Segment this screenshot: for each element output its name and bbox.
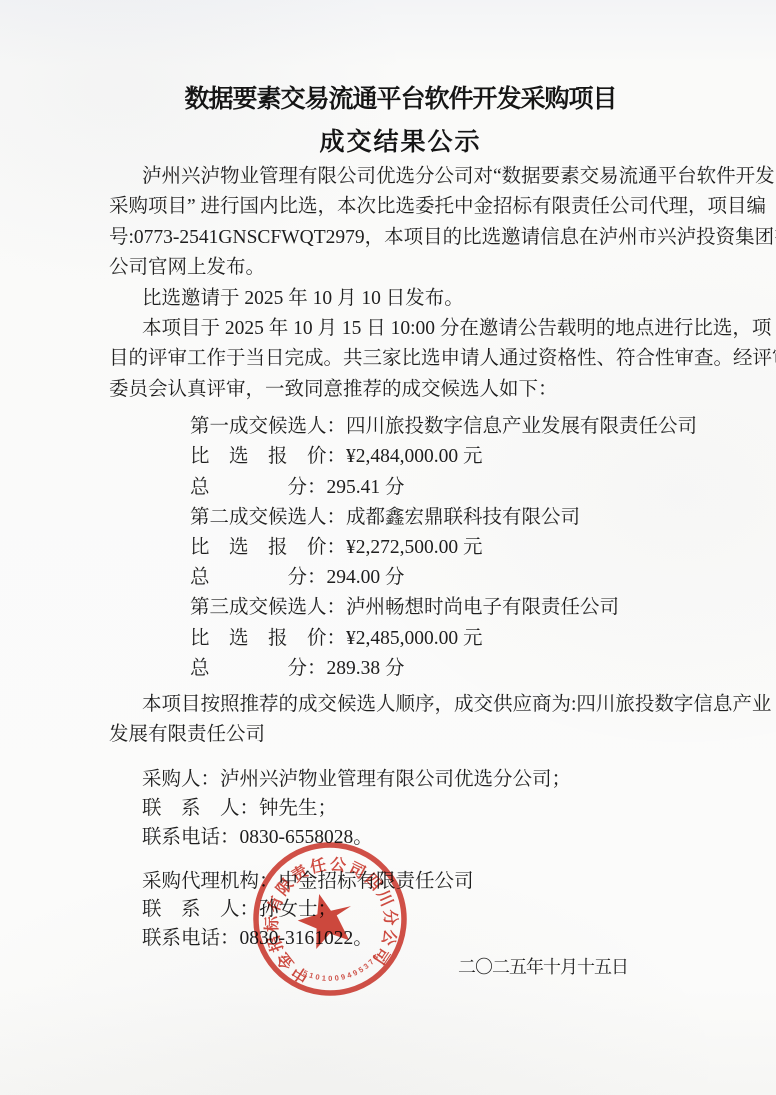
review-paragraph: 本项目于 2025 年 10 月 15 日 10:00 分在邀请公告载明的地点进… xyxy=(109,314,692,405)
award-result-line: 发展有限责任公司 xyxy=(109,720,692,750)
seal-serial-number: 5101009495374 xyxy=(300,948,386,991)
candidate-2-score: 总 分：294.00 分 xyxy=(190,563,692,593)
seal-star-icon xyxy=(293,887,360,952)
candidate-3-name: 第三成交候选人：泸州畅想时尚电子有限责任公司 xyxy=(190,593,692,623)
candidate-1-price: 比 选 报 价：¥2,484,000.00 元 xyxy=(190,442,692,472)
svg-text:5101009495374: 5101009495374 xyxy=(300,948,386,991)
candidate-2-name: 第二成交候选人：成都鑫宏鼎联科技有限公司 xyxy=(190,503,692,533)
award-result-line: 本项目按照推荐的成交候选人顺序，成交供应商为:四川旅投数字信息产业 xyxy=(109,690,692,720)
company-seal-stamp: 中金招标有限责任公司四川分公司 5101009495374 xyxy=(240,829,420,1009)
review-line: 目的评审工作于当日完成。共三家比选申请人通过资格性、符合性审查。经评审 xyxy=(109,344,692,374)
invite-paragraph: 比选邀请于 2025 年 10 月 10 日发布。 xyxy=(109,284,692,314)
candidate-1-score: 总 分：295.41 分 xyxy=(190,473,692,503)
review-line: 委员会认真评审，一致同意推荐的成交候选人如下： xyxy=(109,375,692,405)
intro-line: 号:0773-2541GNSCFWQT2979，本项目的比选邀请信息在泸州市兴泸… xyxy=(109,223,692,253)
document-subtitle: 成交结果公示 xyxy=(109,126,692,158)
scanned-document-page: 数据要素交易流通平台软件开发采购项目 成交结果公示 泸州兴泸物业管理有限公司优选… xyxy=(0,0,776,1095)
candidate-list: 第一成交候选人：四川旅投数字信息产业发展有限责任公司 比 选 报 价：¥2,48… xyxy=(190,412,692,684)
invite-line: 比选邀请于 2025 年 10 月 10 日发布。 xyxy=(109,284,692,314)
candidate-2-price: 比 选 报 价：¥2,272,500.00 元 xyxy=(190,533,692,563)
intro-line: 泸州兴泸物业管理有限公司优选分公司对“数据要素交易流通平台软件开发 xyxy=(109,162,692,192)
intro-line: 采购项目” 进行国内比选，本次比选委托中金招标有限责任公司代理，项目编 xyxy=(109,192,692,222)
candidate-1-name: 第一成交候选人：四川旅投数字信息产业发展有限责任公司 xyxy=(190,412,692,442)
purchaser-contact-line: 联 系 人：钟先生； xyxy=(109,795,692,824)
candidate-3-price: 比 选 报 价：¥2,485,000.00 元 xyxy=(190,624,692,654)
intro-line: 公司官网上发布。 xyxy=(109,253,692,283)
review-line: 本项目于 2025 年 10 月 15 日 10:00 分在邀请公告载明的地点进… xyxy=(109,314,692,344)
purchaser-name-line: 采购人：泸州兴泸物业管理有限公司优选分公司； xyxy=(109,766,692,795)
intro-paragraph: 泸州兴泸物业管理有限公司优选分公司对“数据要素交易流通平台软件开发 采购项目” … xyxy=(109,162,692,284)
candidate-3-score: 总 分：289.38 分 xyxy=(190,654,692,684)
document-title: 数据要素交易流通平台软件开发采购项目 xyxy=(109,83,692,115)
award-result-paragraph: 本项目按照推荐的成交候选人顺序，成交供应商为:四川旅投数字信息产业 发展有限责任… xyxy=(109,690,692,751)
